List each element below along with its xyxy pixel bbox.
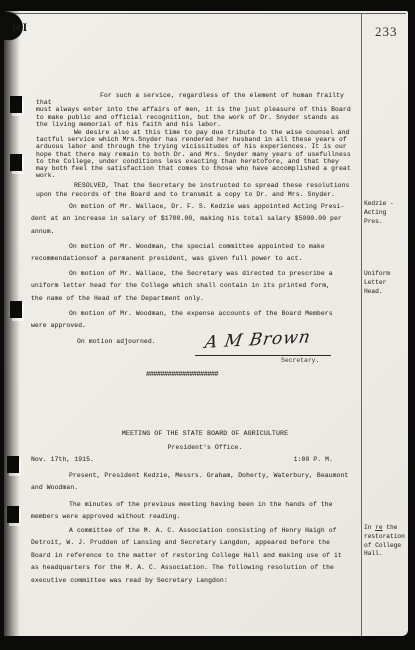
paragraph-resolved: RESOLVED, That the Secretary be instruct… [36, 181, 356, 199]
binder-hole-mark [10, 96, 22, 113]
scanned-page: RI 233 For such a service, regardless of… [0, 0, 415, 650]
paragraph-tribute: We desire also at this time to pay due t… [36, 129, 357, 179]
paragraph-letterhead: On motion of Mr. Wallace, the Secretary … [31, 268, 355, 305]
binder-hole-mark [7, 456, 19, 473]
paragraph-committee-power: On motion of Mr. Woodman, the special co… [31, 241, 355, 266]
margin-note-college-hall: In re the restoration of College Hall. [364, 524, 408, 559]
page-number: 233 [375, 24, 398, 40]
margin-note-college-hall-pre: In [364, 524, 375, 531]
margin-note-letterhead: Uniform Letter Head. [364, 270, 408, 296]
binder-hole-mark [10, 301, 22, 318]
meeting-title: MEETING OF THE STATE BOARD OF AGRICULTUR… [44, 428, 366, 440]
margin-note-kedzie: Kedzie - Acting Pres. [364, 200, 408, 226]
hash-divider: #################### [146, 371, 218, 379]
paragraph-kedzie-salary: On motion of Mr. Wallace, Dr. F. S. Kedz… [31, 201, 355, 238]
paragraph-minutes: The minutes of the previous meeting havi… [31, 499, 355, 524]
binder-hole-mark [10, 154, 22, 171]
meeting-date: Nov. 17th, 1915. [31, 454, 94, 466]
paragraph-mac-association: A committee of the M. A. C. Association … [31, 525, 355, 587]
signature-title: Secretary. [281, 357, 319, 364]
scan-top-line [6, 13, 406, 14]
meeting-time: 1:00 P. M. [294, 454, 333, 466]
binder-hole-mark [7, 506, 19, 523]
corner-stamp-text: RI [12, 20, 29, 35]
margin-note-college-hall-re: re [375, 524, 382, 531]
meeting-subtitle: President's Office. [44, 442, 366, 454]
margin-rule [361, 13, 362, 636]
paragraph-service: For such a service, regardless of the el… [36, 92, 356, 128]
paragraph-present: Present, President Kedzie, Messrs. Graha… [31, 470, 355, 495]
